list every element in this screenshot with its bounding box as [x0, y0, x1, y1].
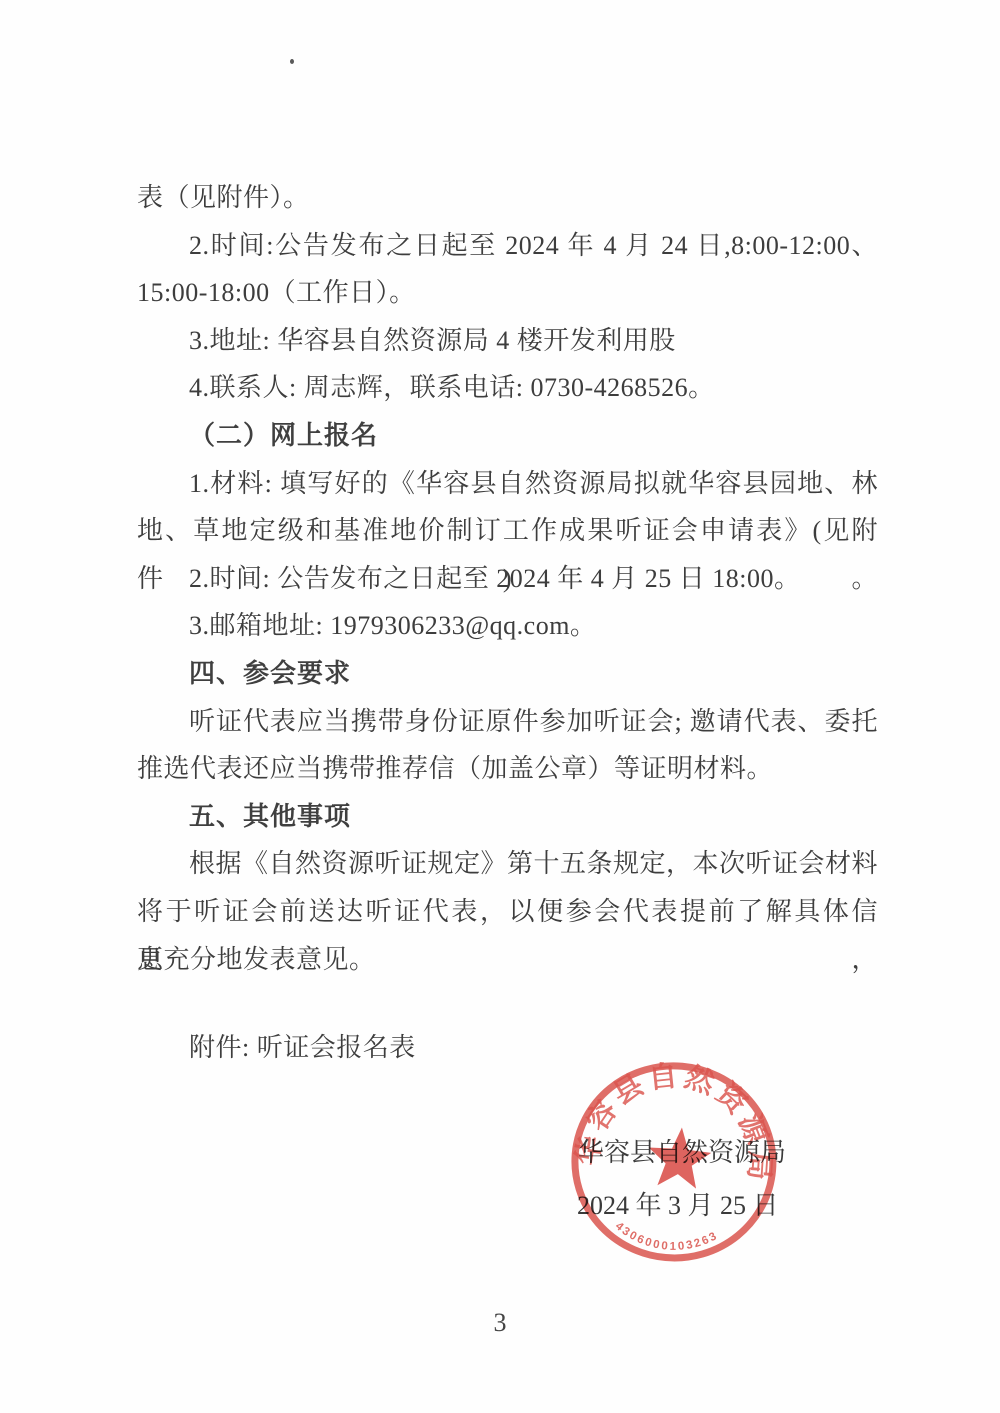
scan-speck	[290, 59, 294, 64]
doc-line: 听证代表应当携带身份证原件参加听证会; 邀请代表、委托	[137, 698, 878, 746]
seal-star-icon	[645, 1125, 713, 1190]
official-seal: 华容县自然资源局 4306000103263	[561, 1049, 788, 1273]
doc-line: 3.地址: 华容县自然资源局 4 楼开发利用股	[137, 317, 878, 365]
attachment-line: 附件: 听证会报名表	[137, 1024, 416, 1072]
doc-line: 推选代表还应当携带推荐信（加盖公章）等证明材料。	[137, 745, 878, 793]
doc-line: 表（见附件）。	[137, 174, 878, 222]
doc-line: 2.时间: 公告发布之日起至 2024 年 4 月 25 日 18:00。	[137, 555, 878, 603]
doc-line: 根据《自然资源听证规定》第十五条规定，本次听证会材料	[137, 840, 878, 888]
doc-line: 地、草地定级和基准地价制订工作成果听证会申请表》(见附件)。	[137, 507, 878, 555]
section-heading-5: 五、其他事项	[137, 793, 878, 841]
document-page: 表（见附件）。 2.时间:公告发布之日起至 2024 年 4 月 24 日,8:…	[0, 0, 1000, 1413]
section-heading-2: （二）网上报名	[137, 412, 878, 460]
doc-line: 1.材料: 填写好的《华容县自然资源局拟就华容县园地、林	[137, 460, 878, 508]
doc-line: 15:00-18:00（工作日）。	[137, 269, 878, 317]
doc-line: 2.时间:公告发布之日起至 2024 年 4 月 24 日,8:00-12:00…	[137, 222, 878, 270]
section-heading-4: 四、参会要求	[137, 650, 878, 698]
page-number: 3	[0, 1308, 1000, 1338]
document-body: 表（见附件）。 2.时间:公告发布之日起至 2024 年 4 月 24 日,8:…	[137, 174, 878, 983]
doc-line: 将于听证会前送达听证代表，以便参会代表提前了解具体信息，	[137, 888, 878, 936]
doc-line: 3.邮箱地址: 1979306233@qq.com。	[137, 602, 878, 650]
doc-line: 4.联系人: 周志辉，联系电话: 0730-4268526。	[137, 364, 878, 412]
